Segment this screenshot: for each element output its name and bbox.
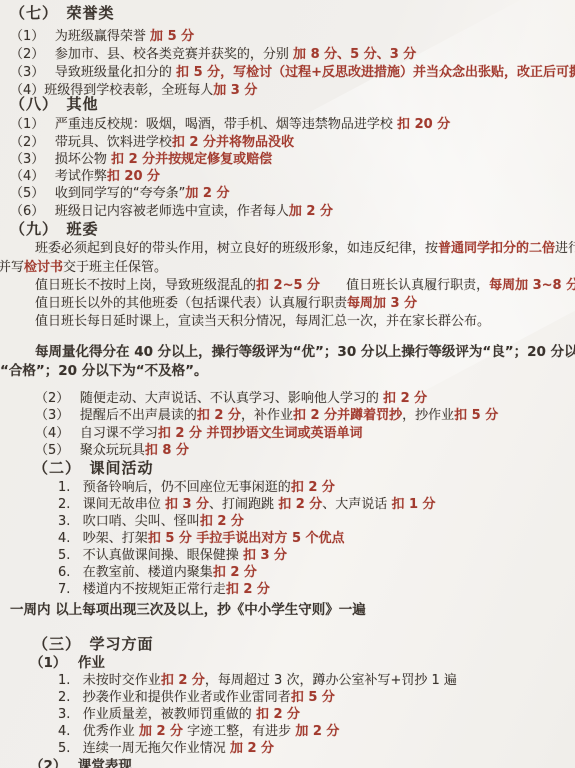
rule-item: 3. 吹口哨、尖叫、怪叫扣 2 分 [58, 514, 244, 530]
score-highlight: 每周加 3 分 [347, 296, 417, 311]
rule-item: （5） 聚众玩玩具扣 8 分 [35, 443, 189, 459]
score-highlight: 扣 5 分 [454, 408, 498, 423]
score-highlight: 扣 2 分 [383, 391, 427, 406]
text-segment: （2） 课堂表现 [30, 758, 132, 768]
subsection-heading-class-performance: （2） 课堂表现 [30, 758, 132, 768]
score-highlight: 扣 5 分，写检讨（过程+反思改进措施）并当众念出张贴，改正后可撕下 [176, 65, 575, 80]
score-highlight: 扣 2 分 [256, 707, 300, 722]
section-heading-7: （七） 荣誉类 [10, 5, 115, 21]
paragraph: 班委必须起到良好的带头作用，树立良好的班级形象，如违反纪律，按普通同学扣分的二倍… [35, 241, 575, 257]
rule-item: 1. 预备铃响后，仍不回座位无事闲逛的扣 2 分 [58, 480, 335, 496]
text-segment: “合格”；20 分以下为“不及格”。 [0, 363, 207, 379]
text-segment: （1） 严重违反校规：吸烟，喝酒，带手机、烟等违禁物品进学校 [10, 117, 397, 132]
text-segment: 交于班主任保管。 [63, 260, 167, 275]
score-highlight: 加 2 分 [295, 724, 339, 739]
text-segment: （三） 学习方面 [33, 635, 154, 653]
text-segment: 3. 作业质量差，被教师罚重做的 [58, 707, 256, 722]
text-segment: （6） 班级日记内容被老师选中宣读，作者每人 [10, 204, 289, 219]
text-segment: （5） 聚众玩玩具 [35, 443, 145, 458]
text-segment: （5） 收到同学写的“夸夸条” [10, 186, 185, 201]
rule-item: 4. 吵架、打架扣 5 分 手拉手说出对方 5 个优点 [58, 531, 345, 547]
text-segment: 6. 在教室前、楼道内聚集 [58, 565, 213, 580]
rule-item: （3） 损坏公物 扣 2 分并按规定修复或赔偿 [10, 152, 272, 168]
text-segment: 2. 课间无故串位 [58, 497, 165, 512]
score-highlight: 扣 2 分 [291, 480, 335, 495]
text-segment: （2） 参加市、县、校各类竞赛并获奖的，分别 [10, 47, 293, 62]
text-segment: 1. 未按时交作业 [58, 673, 161, 688]
text-segment: （4） 考试作弊 [10, 169, 107, 184]
rule-item: 2. 课间无故串位 扣 3 分、打闹跑跳 扣 2 分、大声说话 扣 1 分 [58, 497, 436, 513]
text-segment: 3. 吹口哨、尖叫、怪叫 [58, 514, 200, 529]
text-segment: 每周量化得分在 40 分以上，操行等级评为“优”；30 分以上操行等级评为“良”… [35, 344, 575, 360]
score-highlight: 扣 2 分 [161, 673, 205, 688]
text-segment: 、打闹跑跳 [209, 497, 278, 512]
score-highlight: 扣 2 分 [197, 408, 241, 423]
section-heading-2: （二） 课间活动 [33, 460, 154, 476]
rule-item: 3. 作业质量差，被教师罚重做的 扣 2 分 [58, 707, 300, 723]
text-segment: （1） 为班级赢得荣誉 [10, 29, 150, 44]
score-highlight: 加 2 分 [230, 741, 274, 756]
section-heading-8: （八） 其他 [10, 96, 99, 112]
text-segment: 字迹工整，有进步 [183, 724, 295, 739]
score-highlight: 扣 2 分 [278, 497, 322, 512]
text-segment: 值日班长以外的其他班委（包括课代表）认真履行职责 [35, 296, 347, 311]
section-heading-3: （三） 学习方面 [33, 636, 154, 652]
score-highlight: 加 8 分、5 分、3 分 [293, 47, 416, 62]
text-segment: （3） 导致班级量化扣分的 [10, 65, 176, 80]
score-highlight: 扣 20 分 [107, 169, 160, 184]
paragraph: 值日班长每日延时课上，宣读当天积分情况，每周汇总一次，并在家长群公布。 [35, 314, 490, 330]
score-highlight: 扣 2 分并蹲着罚抄 [293, 408, 402, 423]
paragraph: 值日班长不按时上岗，导致班级混乱的扣 2~5 分 值日班长认真履行职责，每周加 … [35, 278, 575, 294]
text-segment: （4） 自习课不学习 [35, 426, 158, 441]
text-segment: 5. 不认真做课间操、眼保健操 [58, 548, 243, 563]
rule-item: 4. 优秀作业 加 2 分 字迹工整，有进步 加 2 分 [58, 724, 339, 740]
score-highlight: 扣 8 分 [145, 443, 189, 458]
text-segment: （七） 荣誉类 [10, 4, 115, 22]
text-segment: （2） 带玩具、饮料进学校 [10, 135, 172, 150]
text-segment: 2. 抄袭作业和提供作业者或作业雷同者 [58, 690, 291, 705]
rule-item: （6） 班级日记内容被老师选中宣读，作者每人加 2 分 [10, 204, 333, 220]
grading-summary: “合格”；20 分以下为“不及格”。 [0, 363, 207, 379]
rule-item: （2） 随便走动、大声说话、不认真学习、影响他人学习的 扣 2 分 [35, 391, 427, 407]
section-heading-9: （九） 班委 [10, 221, 99, 237]
text-segment: 、大声说话 [322, 497, 391, 512]
score-highlight: 检讨书 [24, 260, 63, 275]
score-highlight: 扣 2 分 并罚抄语文生词或英语单词 [158, 426, 363, 441]
score-highlight: 扣 3 分 [165, 497, 209, 512]
score-highlight: 扣 5 分 手拉手说出对方 5 个优点 [148, 531, 345, 546]
rule-item: 5. 不认真做课间操、眼保健操 扣 3 分 [58, 548, 287, 564]
grading-summary: 每周量化得分在 40 分以上，操行等级评为“优”；30 分以上操行等级评为“良”… [35, 344, 575, 360]
text-segment: （3） 提醒后不出声晨读的 [35, 408, 197, 423]
document-page: （七） 荣誉类（1） 为班级赢得荣誉 加 5 分（2） 参加市、县、校各类竞赛并… [0, 0, 575, 768]
rule-item: （5） 收到同学写的“夸夸条”加 2 分 [10, 186, 229, 202]
score-highlight: 加 2 分 [139, 724, 183, 739]
rule-item: 5. 连续一周无拖欠作业情况 加 2 分 [58, 741, 274, 757]
text-segment: 5. 连续一周无拖欠作业情况 [58, 741, 230, 756]
rule-item: （1） 为班级赢得荣誉 加 5 分 [10, 29, 194, 45]
score-highlight: 加 2 分 [289, 204, 333, 219]
text-segment: （2） 随便走动、大声说话、不认真学习、影响他人学习的 [35, 391, 383, 406]
text-segment: （1） 作业 [30, 655, 105, 671]
text-segment: 4. 吵架、打架 [58, 531, 148, 546]
score-highlight: 每周加 3~8 分 [489, 278, 575, 293]
paragraph: 并写检讨书交于班主任保管。 [0, 260, 167, 276]
text-segment: 4. 优秀作业 [58, 724, 139, 739]
rule-item: （2） 参加市、县、校各类竞赛并获奖的，分别 加 8 分、5 分、3 分 [10, 47, 416, 63]
text-segment: ，每周超过 3 次，蹲办公室补写+罚抄 1 遍 [205, 673, 457, 688]
score-highlight: 扣 2 分并按规定修复或赔偿 [111, 152, 272, 167]
score-highlight: 扣 2 分 [213, 565, 257, 580]
rule-item: 2. 抄袭作业和提供作业者或作业雷同者扣 5 分 [58, 690, 335, 706]
paragraph: 值日班长以外的其他班委（包括课代表）认真履行职责每周加 3 分 [35, 296, 417, 312]
text-segment: 7. 楼道内不按规矩正常行走 [58, 582, 226, 597]
rule-item: （4） 自习课不学习扣 2 分 并罚抄语文生词或英语单词 [35, 426, 363, 442]
score-highlight: 扣 3 分 [243, 548, 287, 563]
rule-item: （1） 严重违反校规：吸烟，喝酒，带手机、烟等违禁物品进学校 扣 20 分 [10, 117, 450, 133]
text-segment: 班委必须起到良好的带头作用，树立良好的班级形象，如违反纪律，按 [35, 241, 438, 256]
rule-item: （3） 导致班级量化扣分的 扣 5 分，写检讨（过程+反思改进措施）并当众念出张… [10, 65, 575, 81]
rule-item: （4） 考试作弊扣 20 分 [10, 169, 160, 185]
text-segment: 值日班长每日延时课上，宣读当天积分情况，每周汇总一次，并在家长群公布。 [35, 314, 490, 329]
score-highlight: 扣 2~5 分 [256, 278, 320, 293]
text-segment: （九） 班委 [10, 220, 99, 238]
text-segment: 并写 [0, 260, 24, 275]
text-segment: 值日班长认真履行职责， [320, 278, 489, 293]
text-segment: 一周内 以上每项出现三次及以上，抄《中小学生守则》一遍 [10, 602, 366, 618]
text-segment: 进行惩罚， [555, 241, 575, 256]
rule-item: 7. 楼道内不按规矩正常行走扣 2 分 [58, 582, 270, 598]
score-highlight: 加 5 分 [150, 29, 194, 44]
rule-item: 1. 未按时交作业扣 2 分，每周超过 3 次，蹲办公室补写+罚抄 1 遍 [58, 673, 457, 689]
text-segment: 值日班长不按时上岗，导致班级混乱的 [35, 278, 256, 293]
score-highlight: 加 3 分 [213, 83, 257, 98]
text-segment: （3） 损坏公物 [10, 152, 111, 167]
rule-item: 6. 在教室前、楼道内聚集扣 2 分 [58, 565, 257, 581]
text-segment: （二） 课间活动 [33, 459, 154, 477]
rule-item: （3） 提醒后不出声晨读的扣 2 分，补作业扣 2 分并蹲着罚抄，抄作业扣 5 … [35, 408, 498, 424]
score-highlight: 扣 5 分 [291, 690, 335, 705]
text-segment: （八） 其他 [10, 95, 99, 113]
score-highlight: 扣 2 分并将物品没收 [172, 135, 294, 150]
subsection-heading-homework: （1） 作业 [30, 655, 105, 671]
text-segment: ，抄作业 [402, 408, 454, 423]
score-highlight: 普通同学扣分的二倍 [438, 241, 555, 256]
text-segment: ，补作业 [241, 408, 293, 423]
score-highlight: 扣 1 分 [391, 497, 435, 512]
text-segment: 1. 预备铃响后，仍不回座位无事闲逛的 [58, 480, 291, 495]
rule-item: （2） 带玩具、饮料进学校扣 2 分并将物品没收 [10, 135, 294, 151]
score-highlight: 加 2 分 [185, 186, 229, 201]
score-highlight: 扣 20 分 [397, 117, 450, 132]
score-highlight: 扣 2 分 [226, 582, 270, 597]
weekly-penalty-note: 一周内 以上每项出现三次及以上，抄《中小学生守则》一遍 [10, 602, 366, 618]
score-highlight: 扣 2 分 [200, 514, 244, 529]
